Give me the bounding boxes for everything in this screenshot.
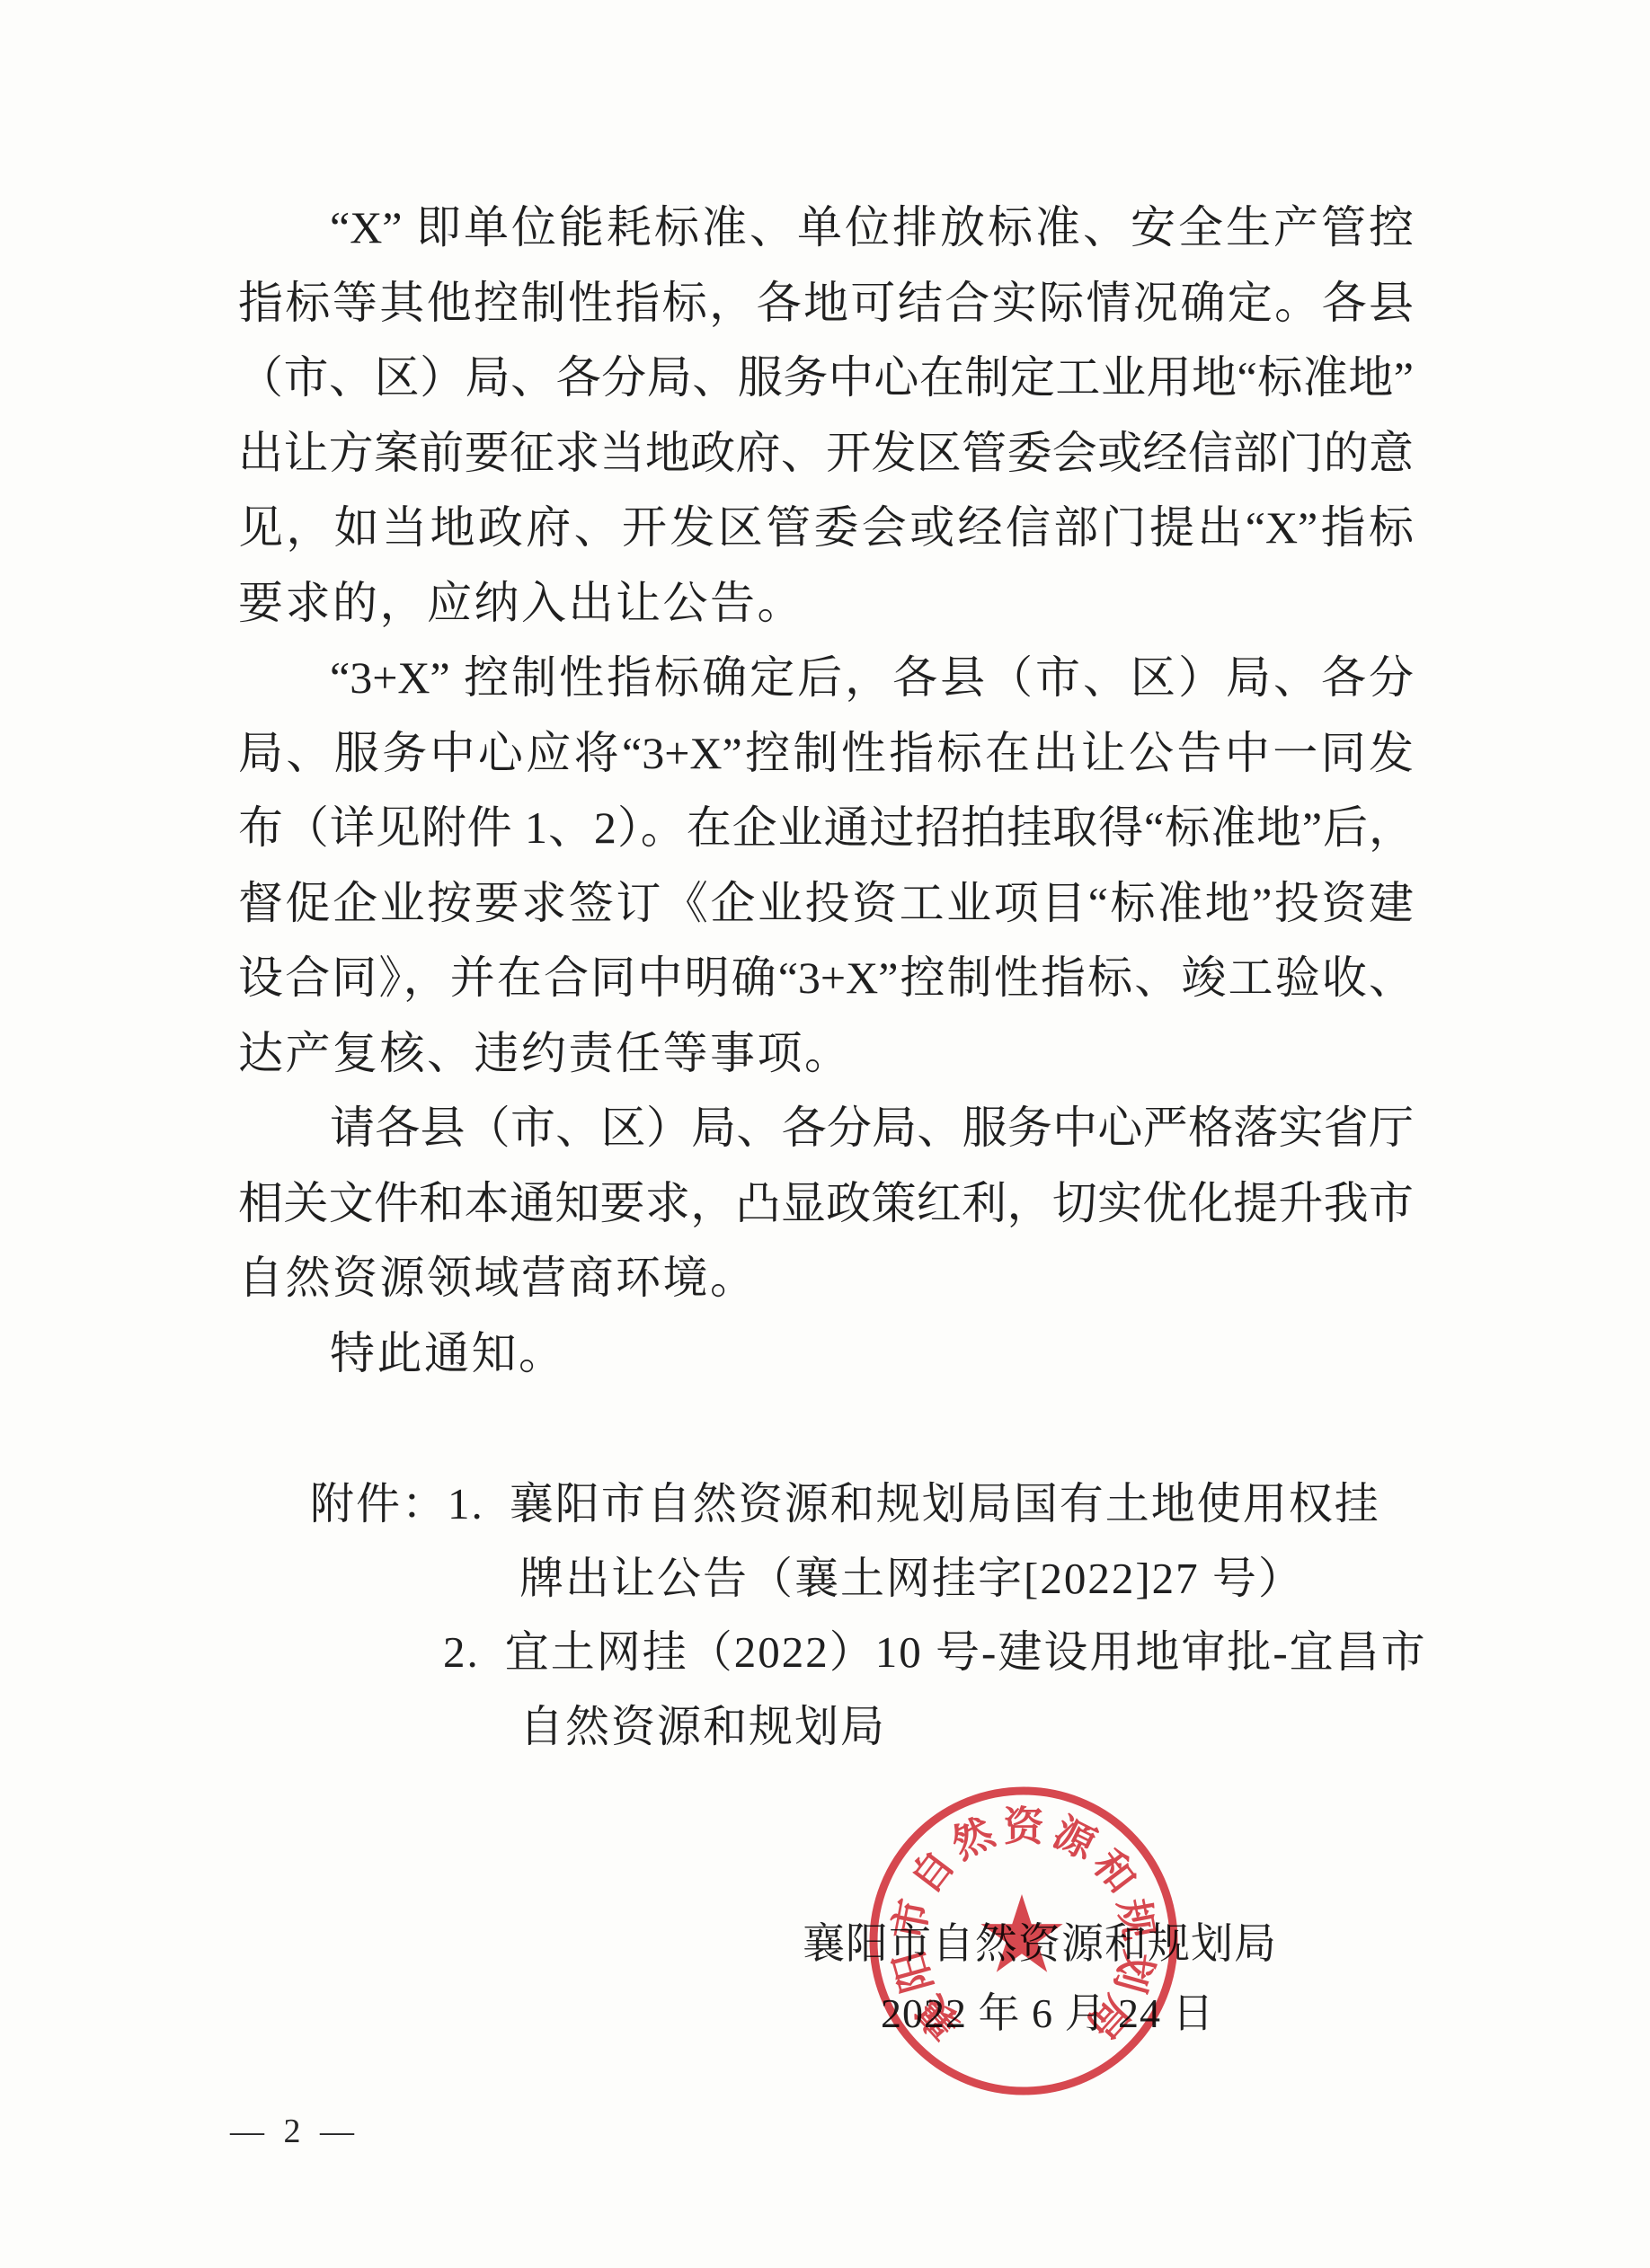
notice-body: “X” 即单位能耗标准、单位排放标准、安全生产管控指标等其他控制性指标，各地可结… bbox=[238, 190, 1414, 1391]
body-line: 局、服务中心应将“3+X”控制性指标在出让公告中一同发 bbox=[238, 716, 1414, 792]
seal-character: 然 bbox=[945, 1809, 1001, 1867]
seal-star-icon bbox=[980, 1894, 1062, 1972]
body-line: 出让方案前要征求当地政府、开发区管委会或经信部门的意 bbox=[238, 416, 1414, 492]
seal-character: 局 bbox=[1078, 1988, 1139, 2048]
body-line: 指标等其他控制性指标，各地可结合实际情况确定。各县 bbox=[238, 266, 1414, 341]
body-line: （市、区）局、各分局、服务中心在制定工业用地“标准地” bbox=[238, 341, 1414, 416]
attachment-label: 附件： bbox=[310, 1479, 448, 1528]
attachment-row: 附件：1.襄阳市自然资源和规划局国有土地使用权挂 bbox=[310, 1467, 1442, 1542]
attachment-row: 2.宜土网挂（2022）10 号-建设用地审批-宜昌市 bbox=[310, 1616, 1442, 1690]
seal-character: 自 bbox=[902, 1842, 962, 1901]
scanned-document-page: { "document": { "paragraphs": [ { "lines… bbox=[0, 0, 1650, 2268]
seal-character: 阳 bbox=[887, 1946, 941, 1998]
body-line: 达产复核、违约责任等事项。 bbox=[238, 1016, 1414, 1092]
official-seal: 襄阳市自然资源和规划局 bbox=[857, 1775, 1190, 2107]
body-line: 要求的，应纳入出让公告。 bbox=[238, 566, 1414, 642]
attachment-item-continuation: 自然资源和规划局 bbox=[310, 1690, 1442, 1765]
body-line: 请各县（市、区）局、各分局、服务中心严格落实省厅 bbox=[238, 1091, 1414, 1166]
body-line: 督促企业按要求签订《企业投资工业项目“标准地”投资建 bbox=[238, 866, 1414, 942]
seal-character: 市 bbox=[885, 1895, 937, 1944]
body-line: 设合同》，并在合同中明确“3+X”控制性指标、竣工验收、 bbox=[238, 941, 1414, 1016]
body-line: “3+X” 控制性指标确定后，各县（市、区）局、各分 bbox=[238, 641, 1414, 716]
seal-character: 规 bbox=[1110, 1895, 1162, 1944]
attachment-list: 附件：1.襄阳市自然资源和规划局国有土地使用权挂牌出让公告（襄土网挂字[2022… bbox=[310, 1467, 1442, 1764]
body-line: 自然资源领域营商环境。 bbox=[238, 1241, 1414, 1316]
body-line: 相关文件和本通知要求，凸显政策红利，切实优化提升我市 bbox=[238, 1166, 1414, 1242]
body-line: “X” 即单位能耗标准、单位排放标准、安全生产管控 bbox=[238, 190, 1414, 266]
attachment-item-number: 2. bbox=[443, 1627, 480, 1677]
seal-character: 襄 bbox=[909, 1988, 969, 2048]
body-line: 特此通知。 bbox=[238, 1316, 1414, 1392]
attachment-item-text: 宜土网挂（2022）10 号-建设用地审批-宜昌市 bbox=[505, 1627, 1427, 1677]
body-line: 见，如当地政府、开发区管委会或经信部门提出“X”指标 bbox=[238, 491, 1414, 566]
page-number: — 2 — bbox=[230, 2112, 359, 2151]
seal-character: 和 bbox=[1085, 1842, 1145, 1901]
attachment-item-continuation: 牌出让公告（襄土网挂字[2022]27 号） bbox=[310, 1542, 1442, 1617]
seal-character: 划 bbox=[1106, 1946, 1160, 1998]
seal-character: 源 bbox=[1046, 1810, 1103, 1868]
attachment-item-text: 襄阳市自然资源和规划局国有土地使用权挂 bbox=[510, 1479, 1380, 1528]
attachment-item-number: 1. bbox=[448, 1479, 484, 1528]
seal-character: 资 bbox=[1003, 1804, 1044, 1849]
body-line: 布（详见附件 1、2）。在企业通过招拍挂取得“标准地”后， bbox=[238, 791, 1414, 866]
